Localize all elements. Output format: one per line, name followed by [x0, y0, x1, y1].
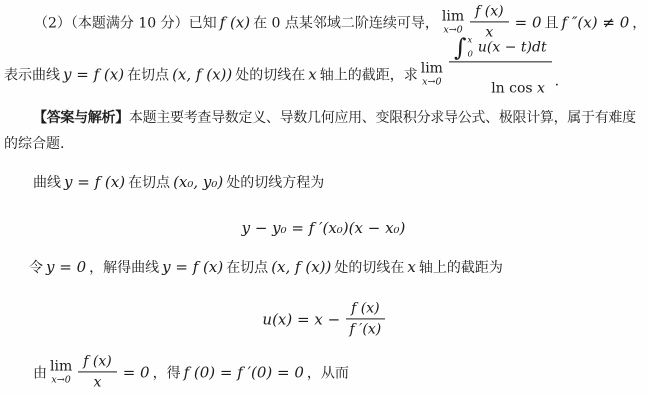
- tangent-on-text: 处的切线在: [334, 257, 404, 277]
- math-y-equals-fx: y = f (x): [61, 173, 128, 191]
- limit-block: lim x→0: [418, 61, 446, 87]
- problem-number-text: （2）（本题满分 10 分）已知: [34, 12, 217, 32]
- answer-analysis-header: 【答案与解析】: [33, 107, 129, 127]
- math-x: x: [537, 80, 545, 96]
- let-text: ，设: [632, 12, 647, 32]
- tangent-point-text: 在切点: [128, 172, 170, 192]
- lim-word: lim: [421, 61, 443, 75]
- math-x: x: [404, 258, 418, 276]
- get-text: ，得: [153, 362, 181, 382]
- fraction-denominator: ln cos x: [456, 62, 545, 112]
- ln-cos-text: ln cos: [491, 80, 537, 96]
- tangent-point-text: 在切点: [226, 257, 268, 277]
- intercept-intro-line: 令 y = 0 ，解得曲线 y = f (x) 在切点 (x, f (x)) 处…: [29, 257, 503, 277]
- integral-limits: x 0: [466, 35, 475, 59]
- math-fx: f (x): [217, 13, 253, 31]
- fraction-denominator: f ′(x): [350, 320, 382, 338]
- limit-block: lim x→0: [47, 359, 75, 385]
- lim-subscript: x→0: [51, 375, 70, 385]
- integral-upper-limit: x: [467, 36, 472, 45]
- math-x: x: [305, 65, 319, 83]
- math-point: (x, f (x)): [169, 65, 235, 83]
- problem-line-2: 表示曲线 y = f (x) 在切点 (x, f (x)) 处的切线在 x 轴上…: [4, 35, 559, 112]
- math-y-equals-0: y = 0: [43, 258, 89, 276]
- lim-word: lim: [442, 9, 464, 23]
- let-text: 令: [29, 257, 43, 277]
- fraction-numerator: ∫ x 0 u(x − t)dt: [449, 35, 552, 62]
- tangent-line-equation: y − y₀ = f ′(x₀)(x − x₀): [0, 219, 647, 237]
- curve-text: 曲线: [33, 172, 61, 192]
- period-mark: .: [555, 73, 559, 89]
- math-point: (x, f (x)): [268, 258, 334, 276]
- fraction-denominator: x: [94, 373, 102, 391]
- integral-sign: ∫: [454, 35, 467, 59]
- math-f0-values: f (0) = f ′(0) = 0: [181, 363, 307, 381]
- fraction-numerator: f (x): [78, 353, 116, 372]
- solution-intro-text: 本题主要考查导数定义、导数几何应用、变限积分求导公式、极限计算，属于有难度: [129, 107, 636, 127]
- integral-lower-limit: 0: [467, 50, 472, 59]
- solve-curve-text: ，解得曲线: [89, 257, 159, 277]
- from-text: 由: [33, 362, 47, 382]
- math-y-equals-fx: y = f (x): [159, 258, 226, 276]
- problem-condition-text: 在 0 点某邻域二阶连续可导，: [253, 12, 439, 32]
- intercept-find-text: 轴上的截距，求: [320, 64, 418, 84]
- tangent-line-intro: 曲线 y = f (x) 在切点 (x₀, y₀) 处的切线方程为: [33, 172, 324, 192]
- limit-conclusion-line: 由 lim x→0 f (x) x = 0 ，得 f (0) = f ′(0) …: [33, 353, 349, 390]
- tangent-on-text: 处的切线在: [235, 64, 305, 84]
- lim-word: lim: [50, 359, 72, 373]
- tangent-point-text: 在切点: [127, 64, 169, 84]
- limit-block: lim x→0: [439, 9, 467, 35]
- fraction-integral-over-lncos: ∫ x 0 u(x − t)dt ln cos x: [446, 35, 555, 112]
- integrand: u(x − t)dt: [478, 39, 547, 55]
- integral-block: ∫ x 0: [454, 35, 476, 59]
- equals-zero: = 0: [120, 363, 153, 381]
- math-second-derivative: f ″(x) ≠ 0: [559, 13, 633, 31]
- equals-zero: = 0: [512, 13, 545, 31]
- math-y-equals-fx: y = f (x): [60, 65, 127, 83]
- solution-intro-continuation: 的综合题.: [4, 133, 64, 153]
- math-point-x0-y0: (x₀, y₀): [170, 173, 226, 191]
- fraction-numerator: f (x): [470, 3, 508, 22]
- fraction-fx-over-fpx: f (x) f ′(x): [343, 300, 387, 337]
- therefore-text: ，从而: [307, 362, 349, 382]
- math-tangent-equation: y − y₀ = f ′(x₀)(x − x₀): [239, 219, 409, 237]
- intercept-text: 轴上的截距为: [419, 257, 503, 277]
- fraction-fx-over-x: f (x) x: [75, 353, 119, 390]
- solution-intro-line: 【答案与解析】 本题主要考查导数定义、导数几何应用、变限积分求导公式、极限计算，…: [33, 107, 636, 127]
- document-page: （2）（本题满分 10 分）已知 f (x) 在 0 点某邻域二阶连续可导， l…: [0, 0, 647, 396]
- and-text: 且: [545, 12, 559, 32]
- intercept-formula: u(x) = x − f (x) f ′(x): [0, 300, 647, 337]
- tangent-equation-text: 处的切线方程为: [226, 172, 324, 192]
- lim-subscript: x→0: [422, 77, 441, 87]
- solution-intro-text-2: 的综合题.: [4, 133, 64, 153]
- curve-text: 表示曲线: [4, 64, 60, 84]
- math-ux-lhs: u(x) = x −: [259, 310, 343, 328]
- fraction-numerator: f (x): [346, 300, 384, 319]
